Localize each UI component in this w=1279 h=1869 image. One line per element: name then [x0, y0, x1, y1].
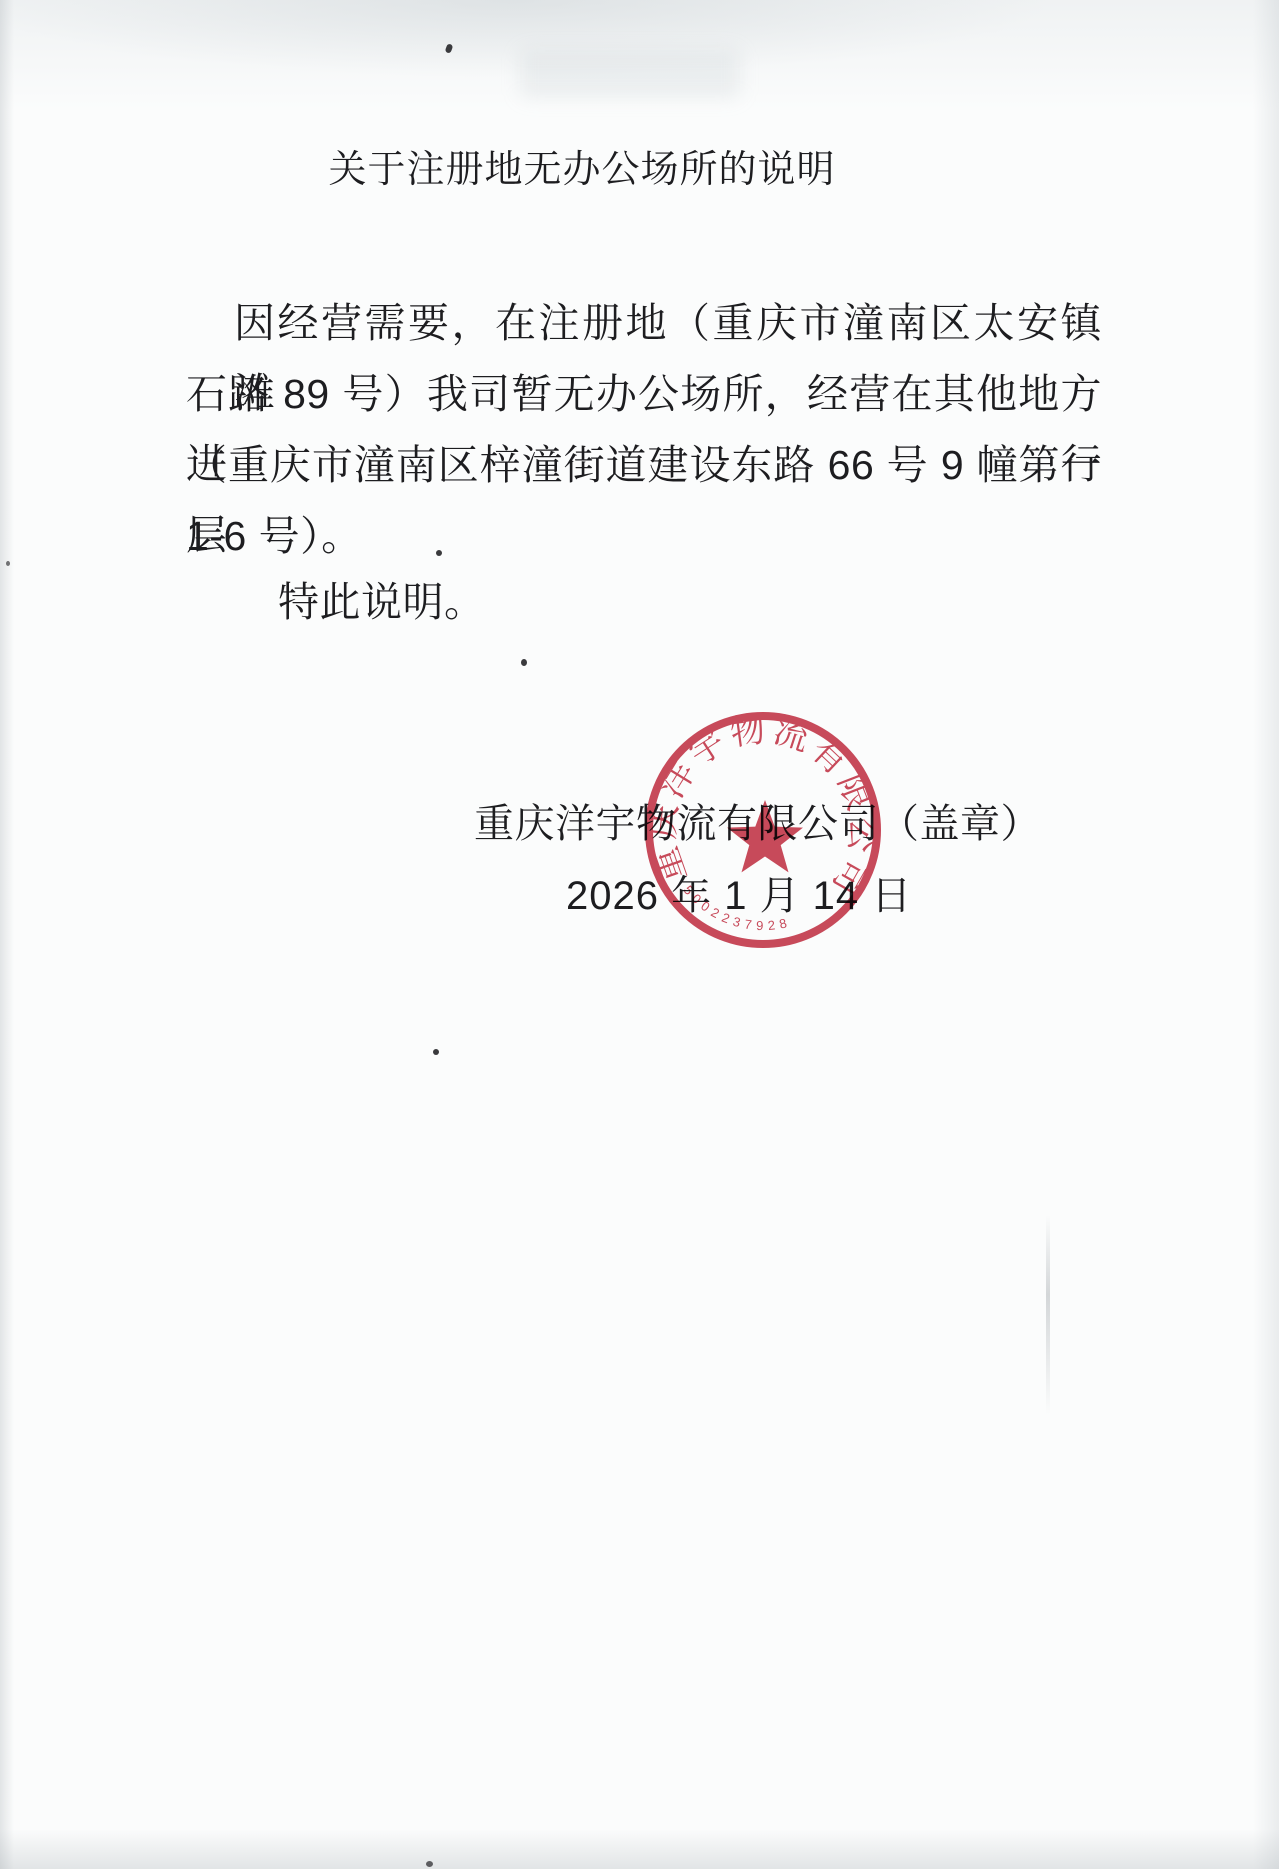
scanned-document-page: 关于注册地无办公场所的说明 因经营需要，在注册地（重庆市潼南区太安镇滩 石路 8…	[0, 0, 1279, 1869]
scan-shading-top	[0, 0, 1279, 110]
scan-speck	[433, 1049, 439, 1055]
body-line-4: 1-6 号）。	[186, 501, 1102, 571]
body-line-2: 石路 89 号）我司暂无办公场所，经营在其他地方进行	[186, 359, 1102, 429]
body-line-1: 因经营需要，在注册地（重庆市潼南区太安镇滩	[186, 288, 1102, 358]
seal-star-icon	[727, 800, 803, 872]
scan-speck	[426, 1861, 433, 1867]
scan-bleedthrough	[520, 50, 740, 98]
scan-speck	[6, 561, 10, 566]
scan-shading-left	[0, 0, 14, 1869]
scan-speck	[445, 43, 454, 54]
scan-speck	[521, 659, 527, 666]
body-line-3: （重庆市潼南区梓潼街道建设东路 66 号 9 幢第一层	[186, 430, 1102, 500]
document-title: 关于注册地无办公场所的说明	[0, 138, 1164, 193]
body-line-5: 特此说明。	[186, 567, 1194, 637]
scan-shading-bottom	[0, 1829, 1279, 1869]
company-seal-stamp: 重庆洋宇物流有限公司 5002237928	[633, 700, 893, 962]
scan-streak	[1046, 1215, 1050, 1415]
scan-shading-right	[1253, 0, 1279, 1869]
